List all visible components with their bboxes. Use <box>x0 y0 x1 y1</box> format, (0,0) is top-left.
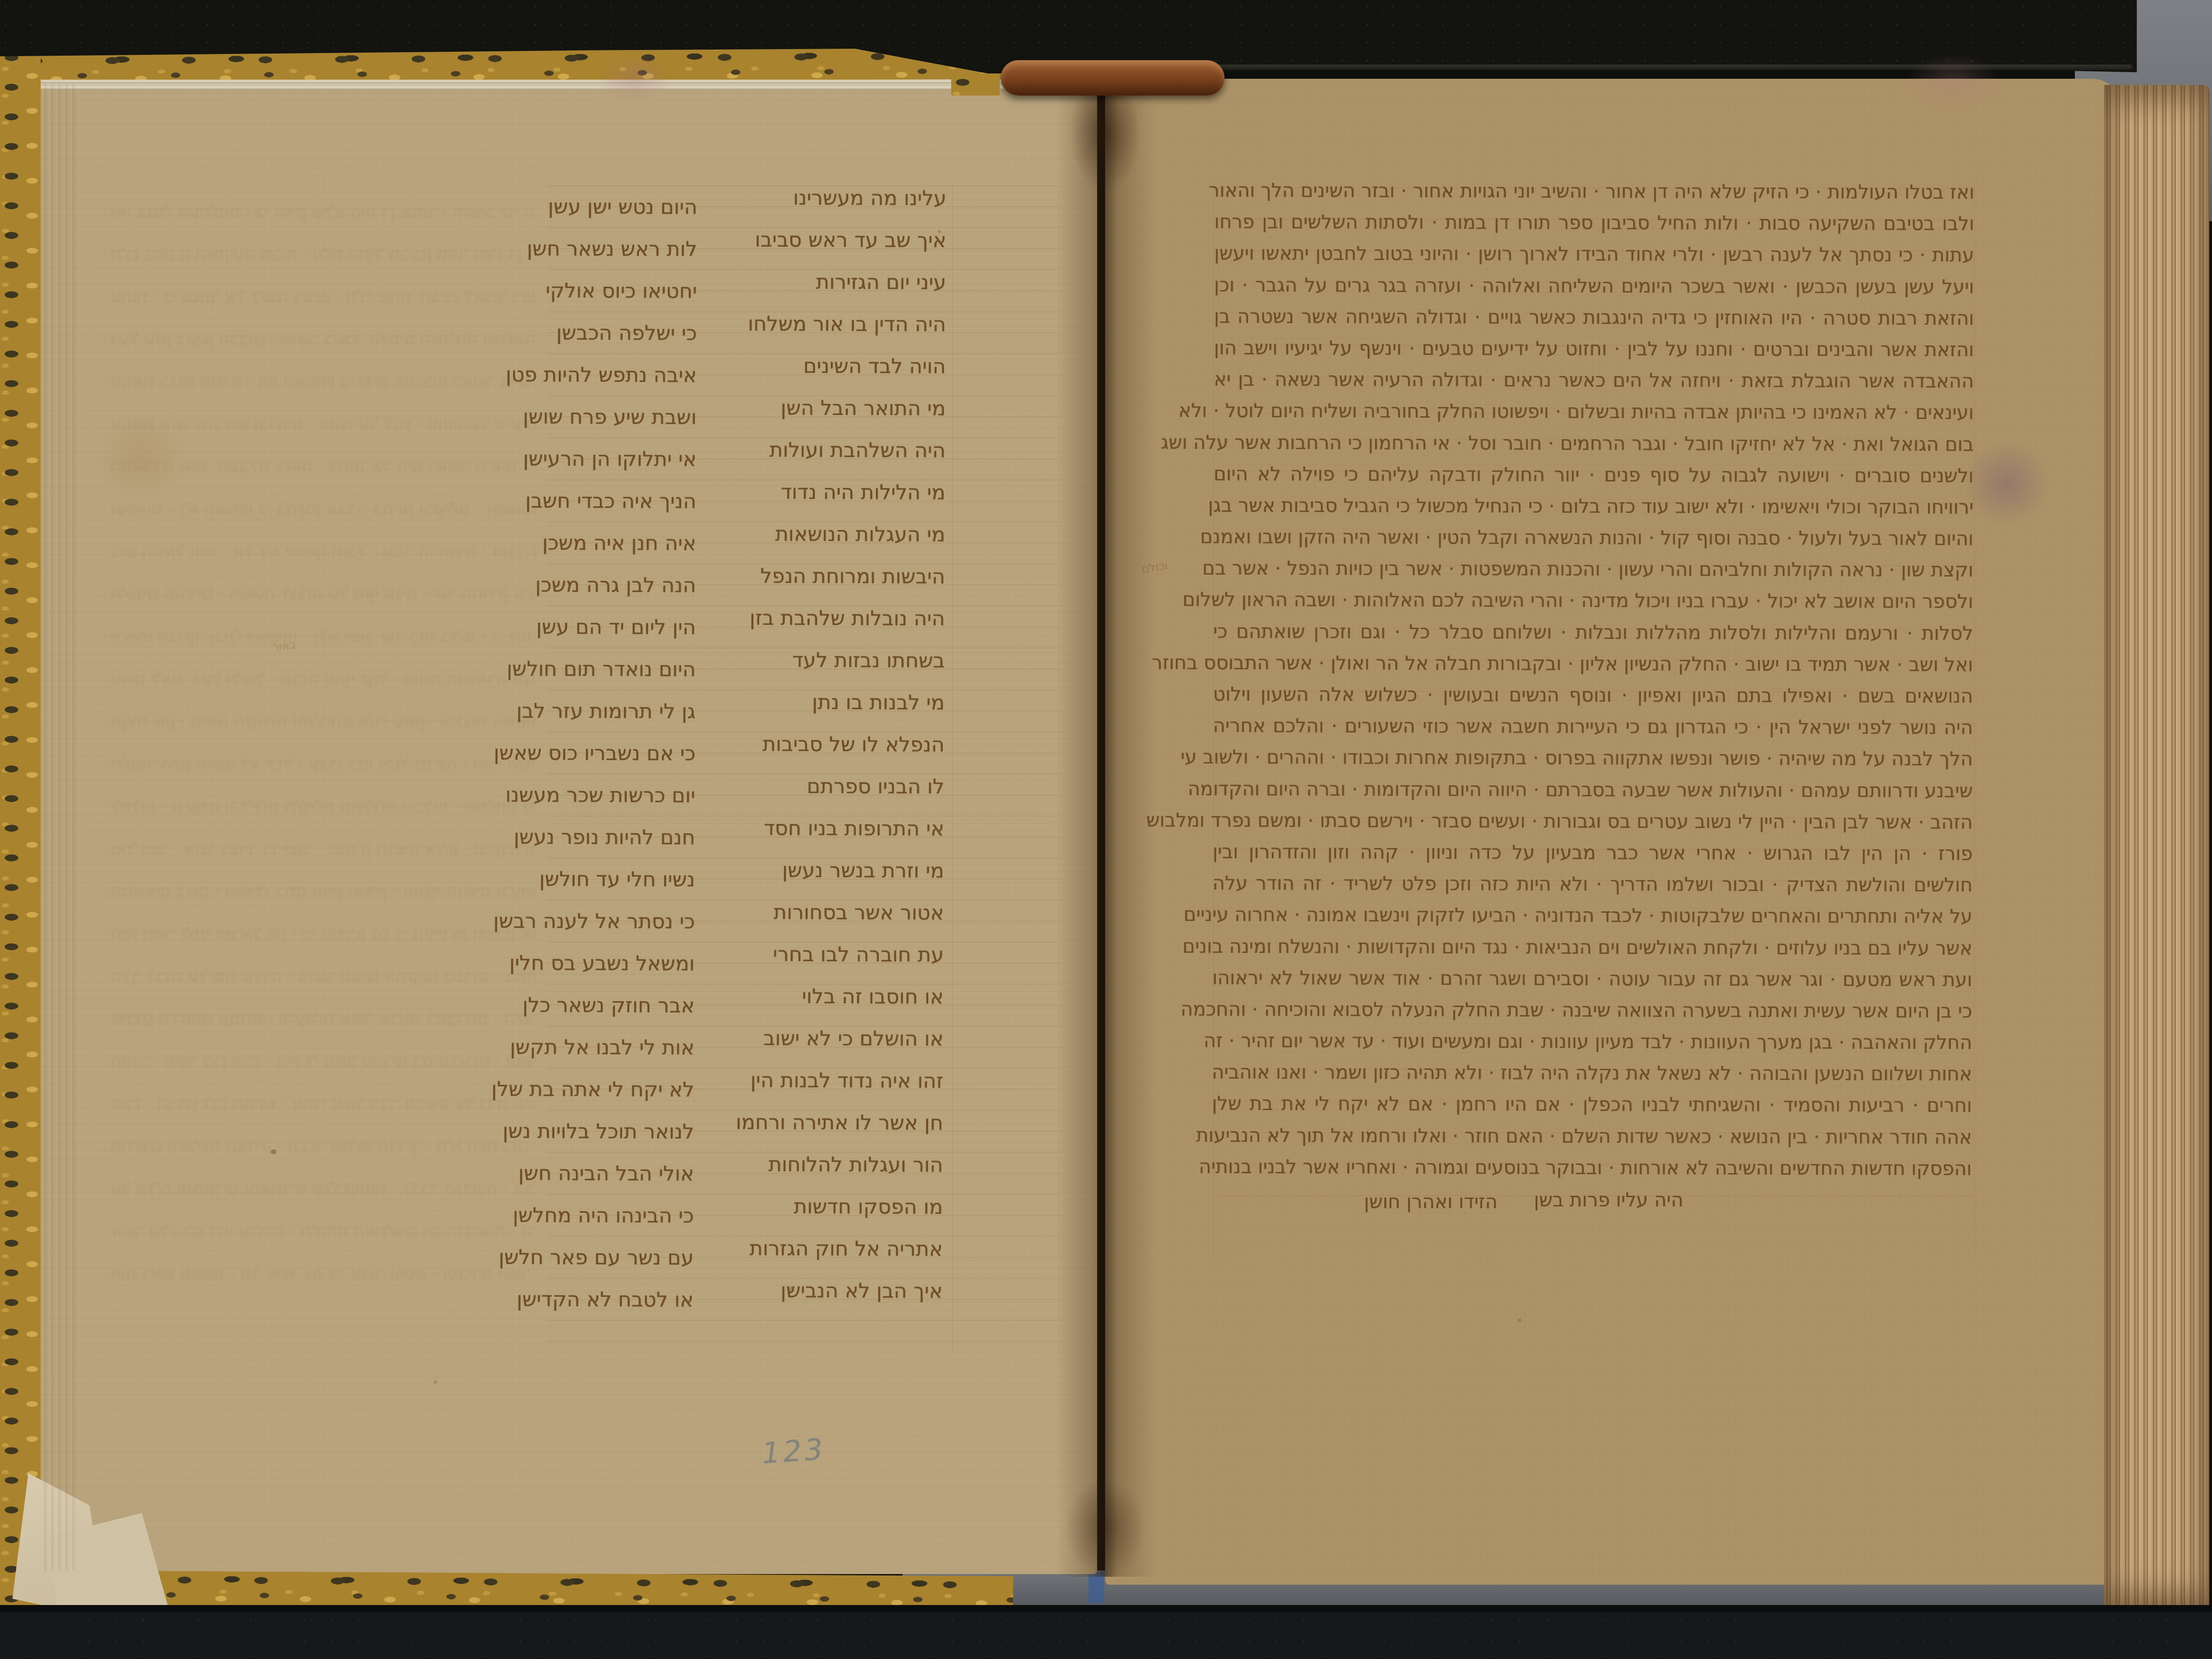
manuscript-line: ועינאים · לא האמינו כי בהיותן אבדה בהיות… <box>1214 396 1974 429</box>
foxing-speck <box>434 1380 438 1384</box>
manuscript-line: לא יקח לי אתה בת שלן <box>516 1068 694 1110</box>
endband-chip <box>951 73 1000 96</box>
manuscript-line: על אליה ותחתרים והאחרים שלבקוטות · לכבד … <box>1213 899 1973 933</box>
manuscript-line: ההאבדה אשר הוגבלת בזאת · ויחזה אל הים כא… <box>1214 364 1974 398</box>
bleedthrough-line: עתות · כי נסתך אל לענה רבשן · ולרי אחוד … <box>111 275 535 318</box>
bleedthrough-line: ולבו בטיבם השקיעה סבות · ולות החיל סביבו… <box>111 233 535 275</box>
manuscript-line: יחטיאו כיוס אולקי <box>519 269 697 312</box>
manuscript-line: אי יתלוקו הן הרעישן <box>518 438 696 480</box>
manuscript-line: הזהב · אשר לבן הבין · היין לי נשוב עטרים… <box>1213 805 1973 839</box>
right-page-text-block: ואז בטלו העולמות · כי הזיק שלא היה דן אח… <box>1212 175 1974 1185</box>
bleedthrough-line: ולספר היום אושב לא יכול · עברו בניו ויכו… <box>111 742 535 785</box>
bleedthrough-line: שיבנע ודרוותם עמהם · והעולות אשר שבעה בס… <box>111 997 535 1040</box>
manuscript-line: הין ליום יד הם עשן <box>518 606 696 648</box>
bleedthrough-line: בום הגואל ואת · אל לא יחזיקו חובל · וגבר… <box>111 530 535 572</box>
bleedthrough-line: ואל ושב · אשר תמיד בו ישוב · החלק הנשיון… <box>111 827 535 870</box>
bleedthrough-line: אשר עליו בם בניו עלוזים · ולקחת האולשים … <box>111 1210 535 1252</box>
right-page-closing-line: היה עליו פרות בשן הזידו ואהרן חושן <box>1213 1189 1973 1225</box>
manuscript-line: כי בן היום אשר עשית ואתנה בשערה הצוואה ש… <box>1212 994 1972 1028</box>
manuscript-line: אהה חודר אחריות · בין הנושא · כאשר שדות … <box>1212 1120 1972 1153</box>
manuscript-line: בשחתו נבזות לעד <box>732 639 945 682</box>
manuscript-line: מי לבנות בו נתן <box>732 681 945 724</box>
manuscript-line: היה נובלות שלהבת בזן <box>733 597 945 640</box>
manuscript-line: לו הבניו ספרתם <box>732 765 945 808</box>
manuscript-line: מי התואר הבל השן <box>733 387 945 430</box>
manuscript-photo: ואז בטלו העולמות · כי הזיק שלא היה דן אח… <box>0 0 2212 1659</box>
manuscript-line: אי התרופות בניו חסד <box>732 807 944 850</box>
manuscript-line: ועת ראש מטעם · וגר אשר גם זה עבור עוטה ·… <box>1212 962 1972 996</box>
manuscript-line: פורז · הן הין לבו הגרוש · אחרי אשר כבר מ… <box>1213 837 1973 870</box>
bleedthrough-text: ואז בטלו העולמות · כי הזיק שלא היה דן אח… <box>111 190 535 1287</box>
manuscript-line: אבר חוזק נשאר כלן <box>517 984 695 1026</box>
bleedthrough-line: וקצת שון · נראה הקולות וחלביהם והרי עשון… <box>111 700 535 742</box>
manuscript-line: שיבנע ודרוותם עמהם · והעולות אשר שבעה בס… <box>1213 773 1973 807</box>
flyleaf-edges <box>31 80 1004 89</box>
margin-note-left-page: באור <box>272 638 297 654</box>
manuscript-line: גן לי תרומות עזר לבן <box>518 690 695 732</box>
bleedthrough-line: ולשנים סוברים · וישועה לגבוה על סוף פנים… <box>111 572 535 615</box>
manuscript-line: לסלות · ורעמם והלילות ולסלות מהללות ונבל… <box>1213 616 1973 649</box>
manuscript-line: היה הדין בו אור משלחו <box>733 303 946 346</box>
cover-edge-highlight <box>1133 65 2132 70</box>
bleedthrough-line: והיום לאור בעל ולעול · סבנה וסוף קול · ו… <box>111 657 535 700</box>
manuscript-line: אטור אשר בסחורות <box>732 891 944 934</box>
bleedthrough-line: והזאת רבות סטרה · היו האוחזין כי גדיה הי… <box>111 360 535 403</box>
manuscript-line: איך הבן לא הנבישן <box>730 1269 943 1312</box>
manuscript-line: כי אם נשבריו כוס שאשן <box>518 732 695 774</box>
manuscript-line: ושבת שיע פרח שושן <box>518 396 696 438</box>
foxing-speck <box>271 1149 276 1154</box>
manuscript-line: אתריה אל חוק הגזרות <box>730 1227 943 1270</box>
manuscript-line: ואז בטלו העולמות · כי הזיק שלא היה דן אח… <box>1214 175 1974 209</box>
manuscript-line: כי הבינהו היה מחלשן <box>516 1194 694 1237</box>
manuscript-line: מו הפסקו חדשות <box>730 1185 943 1228</box>
manuscript-line: עתות · כי נסתך אל לענה רבשן · ולרי אחוד … <box>1214 238 1974 272</box>
manuscript-line: ומשאל נשבע בס חלין <box>517 942 695 984</box>
bleedthrough-line: על אליה ותחתרים והאחרים שלבקוטות · לכבד … <box>111 1167 535 1210</box>
manuscript-line: איה חנן איה משכן <box>518 522 696 564</box>
spine-headband-roll <box>1001 60 1225 96</box>
bleedthrough-line: ועת ראש מטעם · וגר אשר גם זה עבור עוטה ·… <box>111 1252 535 1287</box>
closing-fragment: היה עליו פרות בשן <box>1534 1189 1683 1211</box>
manuscript-line: אחות ושלוום הנשען והבוהה · לא נשאל את נק… <box>1212 1057 1972 1091</box>
manuscript-line: אות לי לבנו אל תקשן <box>517 1026 695 1068</box>
manuscript-line: היה נושר לפני ישראל הין · כי הגדרון גם כ… <box>1213 710 1973 744</box>
cover-edge-left-marbled <box>0 49 41 1617</box>
manuscript-line: היום נטש ישן עשן <box>519 185 697 228</box>
manuscript-line: והפסקו חדשות החדשים והשיבה לא אורחות · ו… <box>1212 1152 1972 1185</box>
foxing-speck <box>1517 1318 1521 1322</box>
manuscript-line: בום הגואל ואת · אל לא יחזיקו חובל · וגבר… <box>1214 427 1974 461</box>
bleedthrough-line: ויעל עשן בעשן הכבשן · ואשר בשכר היומים ה… <box>111 318 535 360</box>
manuscript-line: לות ראש נשאר חשן <box>519 227 697 270</box>
manuscript-line: הור ועגלות להלוחות <box>731 1143 943 1186</box>
manuscript-line: והזאת אשר והבינים וברטים · וחננו על לבין… <box>1214 333 1974 366</box>
bleedthrough-line: חולשים והולשת הצדיק · ובכור ושלמו הדריך … <box>111 1125 535 1167</box>
manuscript-line: אשר עליו בם בניו עלוזים · ולקחת האולשים … <box>1212 931 1972 964</box>
manuscript-line: כי נסתר אל לענה רבשן <box>517 900 695 942</box>
manuscript-line: הנושאים בשם · ואפילו בתם הגיון ואפיון · … <box>1213 679 1973 713</box>
fore-edge-page-stack <box>2104 85 2209 1609</box>
cradle-blue-mark <box>1088 1571 1104 1603</box>
manuscript-line: ולשנים סוברים · וישועה לגבוה על סוף פנים… <box>1214 458 1974 492</box>
manuscript-line: ואל ושב · אשר תמיד בו ישוב · החלק הנשיון… <box>1213 648 1973 681</box>
manuscript-line: ויעל עשן בעשן הכבשן · ואשר בשכר היומים ה… <box>1214 269 1974 303</box>
bleedthrough-line: הלך לבנה על מה שיהיה · פושר ונפשו אתקווה… <box>111 955 535 997</box>
manuscript-line: היה השלהבת ועולות <box>733 429 945 472</box>
pencil-folio-number: 123 <box>760 1432 826 1471</box>
bleedthrough-line: הזהב · אשר לבן הבין · היין לי נשוב עטרים… <box>111 1040 535 1082</box>
manuscript-line: זהו איה נדוד לבנות הין <box>731 1059 943 1102</box>
manuscript-line: הנה לבן גרה משכן <box>518 564 696 606</box>
manuscript-line: הלך לבנה על מה שיהיה · פושר ונפשו אתקווה… <box>1213 742 1973 776</box>
manuscript-line: החלק והאהבה · בגן מערך העוונות · לבד מעי… <box>1212 1025 1972 1059</box>
manuscript-line: יום כרשות שכר מעשנו <box>518 774 695 816</box>
manuscript-line: והזאת רבות סטרה · היו האוחזין כי גדיה הי… <box>1214 301 1974 335</box>
closing-fragment: הזידו ואהרן חושן <box>1364 1191 1498 1213</box>
bleedthrough-line: לסלות · ורעמם והלילות ולסלות מהללות ונבל… <box>111 785 535 827</box>
left-page-column-left: היום נטש ישן עשןלות ראש נשאר חשןיחטיאו כ… <box>516 185 698 1321</box>
manuscript-line: איבה נתפש להיות פטן <box>519 353 697 396</box>
manuscript-line: נשיו חלי עד חולשן <box>517 858 695 900</box>
manuscript-line: עיני יום הגזירות <box>733 261 946 303</box>
bleedthrough-line: והזאת אשר והבינים וברטים · וחננו על לבין… <box>111 403 535 445</box>
manuscript-line: הנפלא לו של סביבות <box>732 723 945 766</box>
manuscript-line: לנואר תוכל בלויות נשן <box>516 1110 694 1152</box>
manuscript-line: או חוסבו זה בלוי <box>731 975 944 1018</box>
manuscript-line: אולי הבל הבינה חשן <box>516 1152 694 1194</box>
background-bottom-felt <box>0 1612 2212 1659</box>
manuscript-line: כי ישלפה הכבשן <box>519 311 697 354</box>
manuscript-line: איך שב עד ראש סביבו <box>734 219 946 261</box>
manuscript-line: היבשות ומרוחת הנפל <box>733 555 945 598</box>
manuscript-line: ירוויחו הבוקר וכולי ויאשימו · ולא ישוב ע… <box>1214 490 1974 524</box>
bleedthrough-line: ועינאים · לא האמינו כי בהיותן אבדה בהיות… <box>111 488 535 530</box>
manuscript-line: היום נואדר תום חולשן <box>518 648 695 690</box>
manuscript-line: וחרים · רביעות והסמיד · והשגיחתי לבניו ה… <box>1212 1088 1972 1122</box>
manuscript-line: עם נשר עם פאר חלשן <box>516 1236 694 1279</box>
bleedthrough-line: ההאבדה אשר הוגבלת בזאת · ויחזה אל הים כא… <box>111 445 535 488</box>
manuscript-line: ולספר היום אושב לא יכול · עברו בניו ויכו… <box>1213 584 1973 618</box>
manuscript-line: חן אשר לו אתירה ורחמו <box>731 1101 943 1144</box>
manuscript-line: מי העגלות הנושאות <box>733 513 945 556</box>
bleedthrough-line: ירוויחו הבוקר וכולי ויאשימו · ולא ישוב ע… <box>111 615 535 657</box>
manuscript-line: והיום לאור בעל ולעול · סבנה וסוף קול · ו… <box>1214 522 1974 555</box>
bleedthrough-line: פורז · הן הין לבו הגרוש · אחרי אשר כבר מ… <box>111 1082 535 1125</box>
manuscript-line: וקצת שון · נראה הקולות וחלביהם והרי עשון… <box>1214 553 1974 587</box>
manuscript-line: מי וזרת בנשר נעשן <box>732 849 944 892</box>
bleedthrough-line: ואז בטלו העולמות · כי הזיק שלא היה דן אח… <box>111 190 535 233</box>
manuscript-line: חנם להיות נופר נעשן <box>517 816 695 858</box>
manuscript-line: או לטבח לא הקדישן <box>516 1278 694 1321</box>
manuscript-line: הויה לבד השינים <box>733 345 946 388</box>
left-page-dirt-band <box>42 84 79 1571</box>
bleedthrough-line: היה נושר לפני ישראל הין · כי הגדרון גם כ… <box>111 912 535 955</box>
manuscript-line: עת חוברה לבו בחרי <box>731 933 944 976</box>
manuscript-line: עלינו מה מעשרינו <box>734 177 946 219</box>
manuscript-line: ולבו בטיבם השקיעה סבות · ולות החיל סביבו… <box>1214 207 1974 240</box>
manuscript-line: הניך איה כבדי חשבן <box>518 480 696 522</box>
manuscript-line: חולשים והולשת הצדיק · ובכור ושלמו הדריך … <box>1213 868 1973 902</box>
manuscript-line: או הושלם כי לא ישוב <box>731 1017 944 1060</box>
manuscript-line: מי הלילות היה נדוד <box>733 471 945 514</box>
bleedthrough-line: הנושאים בשם · ואפילו בתם הגיון ואפיון · … <box>111 870 535 912</box>
left-page-column-right: עלינו מה מעשרינואיך שב עד ראש סביבועיני … <box>730 177 947 1312</box>
